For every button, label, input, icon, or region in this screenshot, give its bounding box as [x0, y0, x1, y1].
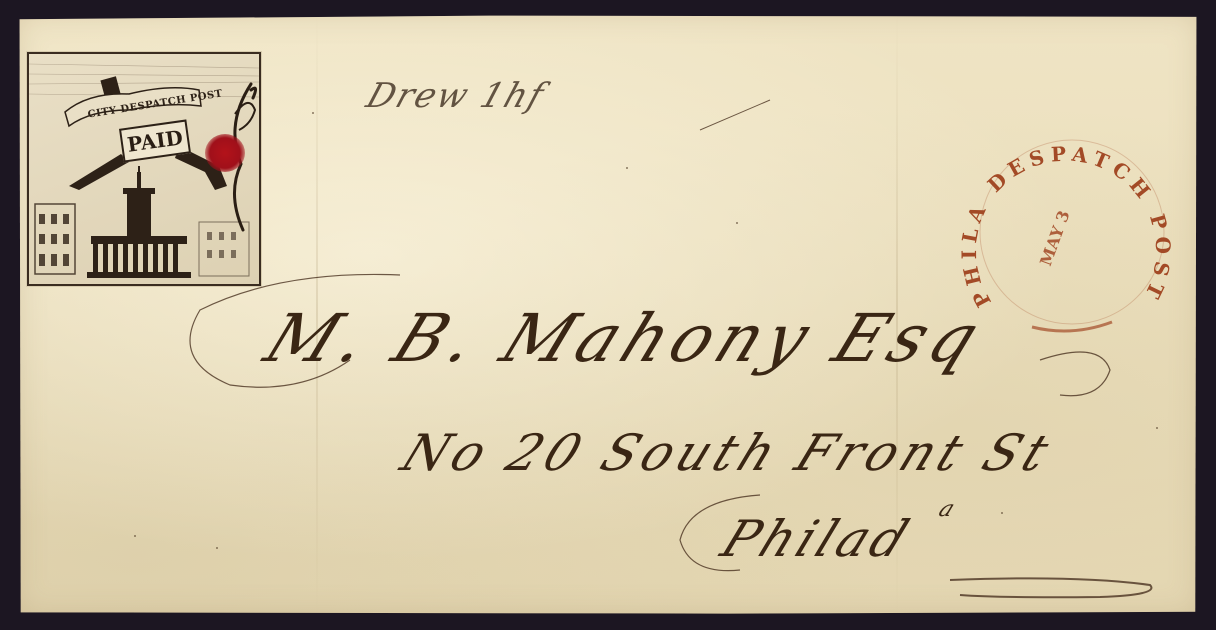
- paper-speck: [1156, 427, 1158, 429]
- postage-stamp: CITY DESPATCH POST PAID: [27, 52, 261, 286]
- docket-notation: Drew 1hf: [362, 76, 551, 116]
- address-city: Philad: [713, 510, 920, 568]
- paper-speck: [216, 547, 218, 549]
- red-cancel-mark: [205, 134, 245, 172]
- address-street: No 20 South Front St: [393, 424, 1062, 482]
- addressee-name: M. B. Mahony Esq: [254, 300, 995, 377]
- paper-speck: [134, 535, 136, 537]
- paper-speck: [736, 222, 738, 224]
- postmark: PHILA DESPATCH POST MAY 3: [952, 122, 1192, 342]
- paper-speck: [626, 167, 628, 169]
- postmark-date: MAY 3: [1036, 208, 1074, 268]
- paper-speck: [312, 112, 314, 114]
- paper-speck: [1001, 512, 1003, 514]
